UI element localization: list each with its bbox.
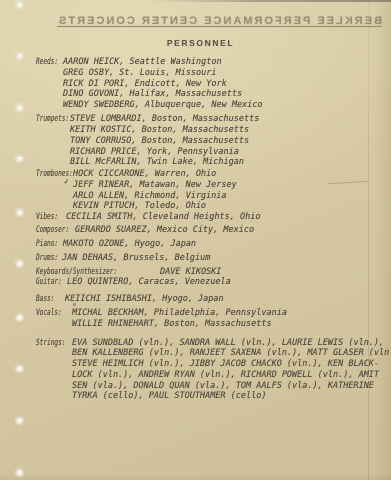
- section-entries: AARON HEICK, Seattle Washington GREG OSB…: [63, 57, 391, 111]
- section-entries: JAN DEHAAS, Brussels, Belgium: [62, 253, 391, 264]
- personnel-entry: STEVE LOMBARDI, Boston, Massachusetts: [70, 114, 391, 125]
- section-entries: GERARDO SUAREZ, Mexico City, Mexico: [75, 225, 391, 236]
- punch-hole: [16, 155, 23, 162]
- section-label: Vocals:: [36, 308, 62, 319]
- personnel-entry: DAVE KIKOSKI: [160, 267, 391, 278]
- section-label: Keyboards/Synthesizer:: [36, 267, 117, 278]
- section-label: Strings:: [36, 338, 65, 349]
- section-composer: Composer: GERARDO SUAREZ, Mexico City, M…: [36, 225, 391, 236]
- scanned-document-page: BERKLEE PERFORMANCE CENTER CONCERTS PERS…: [0, 0, 391, 480]
- section-keyboards-synthesizer: Keyboards/Synthesizer: DAVE KIKOSKI: [36, 267, 391, 278]
- section-bass: Bass: KEIICHI ISHIBASHI, Hyogo, Japan: [36, 294, 391, 305]
- page-bottom-edge-shade: [0, 473, 391, 480]
- punch-hole: [16, 260, 23, 267]
- page-top-edge-shadow: [150, 0, 391, 2]
- personnel-entry: BEN KALLENBERG (vln.), RANJEET SAXENA (v…: [72, 348, 391, 359]
- section-entries: EVA SUNDBLAD (vln.), SANDRA WALL (vln.),…: [72, 338, 391, 403]
- personnel-entry: ARLO ALLEN, Richmond, Virginia: [73, 191, 391, 202]
- section-entries: MICHAL BECKHAM, Philadelphia, Pennsylvan…: [72, 308, 391, 330]
- section-label: Trumpets:: [36, 114, 69, 125]
- section-entries: KEIICHI ISHIBASHI, Hyogo, Japan: [65, 294, 391, 305]
- section-entries: LEO QUINTERO, Caracas, Venezuela: [67, 277, 391, 288]
- section-label: Guitar:: [36, 277, 62, 288]
- personnel-entry: DINO GOVONI, Halifax, Massachusetts: [63, 89, 391, 100]
- personnel-entry: EVA SUNDBLAD (vln.), SANDRA WALL (vln.),…: [72, 338, 391, 349]
- personnel-entry: SEN (vla.), DONALD QUAN (vla.), TOM AALF…: [72, 381, 391, 392]
- personnel-entry: GERARDO SUAREZ, Mexico City, Mexico: [75, 225, 391, 236]
- personnel-entry: TONY CORRUSO, Boston, Massachusetts: [70, 136, 391, 147]
- punch-hole: [16, 314, 23, 321]
- section-label: Reeds:: [36, 57, 58, 68]
- section-entries: MAKOTO OZONE, Hyogo, Japan: [63, 239, 391, 250]
- personnel-entry: KEVIN PITUCH, Toledo, Ohio: [73, 201, 391, 212]
- section-entries: STEVE LOMBARDI, Boston, Massachusetts KE…: [70, 114, 391, 168]
- personnel-entry: CECILIA SMITH, Cleveland Heights, Ohio: [66, 212, 391, 223]
- section-label: Drums:: [36, 253, 58, 264]
- personnel-entry: MAKOTO OZONE, Hyogo, Japan: [63, 239, 391, 250]
- section-guitar: Guitar: LEO QUINTERO, Caracas, Venezuela: [36, 277, 391, 288]
- punch-hole: [16, 104, 23, 111]
- personnel-entry: BILL McFARLIN, Twin Lake, Michigan: [70, 157, 391, 168]
- personnel-entry: AARON HEICK, Seattle Washington: [63, 57, 391, 68]
- section-trombones: Trombones: HOCK CICCARONE, Warren, Ohio …: [36, 169, 391, 212]
- section-entries: HOCK CICCARONE, Warren, Ohio JEFF RINEAR…: [73, 169, 391, 212]
- section-vocals: Vocals: MICHAL BECKHAM, Philadelphia, Pe…: [36, 308, 391, 330]
- pen-tick-mark: ✓: [63, 176, 69, 186]
- section-drums: Drums: JAN DEHAAS, Brussels, Belgium: [36, 253, 391, 264]
- personnel-entry: STEVE HEIMLICH (vln.), JIBBY JACOB CHACK…: [72, 359, 391, 370]
- personnel-entry: LEO QUINTERO, Caracas, Venezuela: [67, 277, 391, 288]
- ink-smudge: [73, 303, 76, 306]
- punch-hole: [16, 365, 23, 372]
- section-reeds: Reeds: AARON HEICK, Seattle Washington G…: [36, 57, 391, 111]
- bleed-through-title-text: BERKLEE PERFORMANCE CENTER CONCERTS: [57, 15, 382, 27]
- personnel-list: Reeds: AARON HEICK, Seattle Washington G…: [36, 57, 391, 402]
- personnel-entry: GREG OSBY, St. Louis, Missouri: [63, 68, 391, 79]
- page-title: PERSONNEL: [10, 38, 391, 48]
- section-label: Bass:: [36, 294, 54, 305]
- section-entries: CECILIA SMITH, Cleveland Heights, Ohio: [66, 212, 391, 223]
- section-entries: DAVE KIKOSKI: [160, 267, 391, 278]
- personnel-entry: MICHAL BECKHAM, Philadelphia, Pennsylvan…: [72, 308, 391, 319]
- section-vibes: Vibes: CECILIA SMITH, Cleveland Heights,…: [36, 212, 391, 223]
- section-strings: Strings: EVA SUNDBLAD (vln.), SANDRA WAL…: [36, 338, 391, 403]
- personnel-entry: RICK DI PORI, Endicott, New York: [63, 79, 391, 90]
- personnel-entry: KEIICHI ISHIBASHI, Hyogo, Japan: [65, 294, 391, 305]
- personnel-entry: KEITH KOSTIC, Boston, Massachusetts: [70, 125, 391, 136]
- personnel-entry: WENDY SWEDBERG, Albuquerque, New Mexico: [63, 100, 391, 111]
- section-label: Vibes:: [36, 212, 58, 223]
- section-label: Piano:: [36, 239, 58, 250]
- personnel-entry: LOCK (vln.), ANDREW RYAN (vln.), RICHARD…: [72, 370, 391, 381]
- personnel-entry: RICHARD PRICE, York, Pennsylvania: [70, 147, 391, 158]
- punch-hole: [16, 417, 23, 424]
- personnel-entry: HOCK CICCARONE, Warren, Ohio: [73, 169, 391, 180]
- section-label: Composer:: [36, 225, 69, 236]
- personnel-entry: WILLIE RHINEHART, Boston, Massachusetts: [72, 319, 391, 330]
- section-trumpets: Trumpets: STEVE LOMBARDI, Boston, Massac…: [36, 114, 391, 168]
- punch-hole: [16, 1, 23, 8]
- punch-hole: [16, 469, 23, 476]
- personnel-entry: TYRKA (cello), PAUL STOUTHAMER (cello): [72, 391, 391, 402]
- personnel-entry: JAN DEHAAS, Brussels, Belgium: [62, 253, 391, 264]
- bleed-through-title: BERKLEE PERFORMANCE CENTER CONCERTS: [52, 15, 387, 32]
- punch-hole: [16, 52, 23, 59]
- section-piano: Piano: MAKOTO OZONE, Hyogo, Japan: [36, 239, 391, 250]
- punch-hole: [16, 209, 23, 216]
